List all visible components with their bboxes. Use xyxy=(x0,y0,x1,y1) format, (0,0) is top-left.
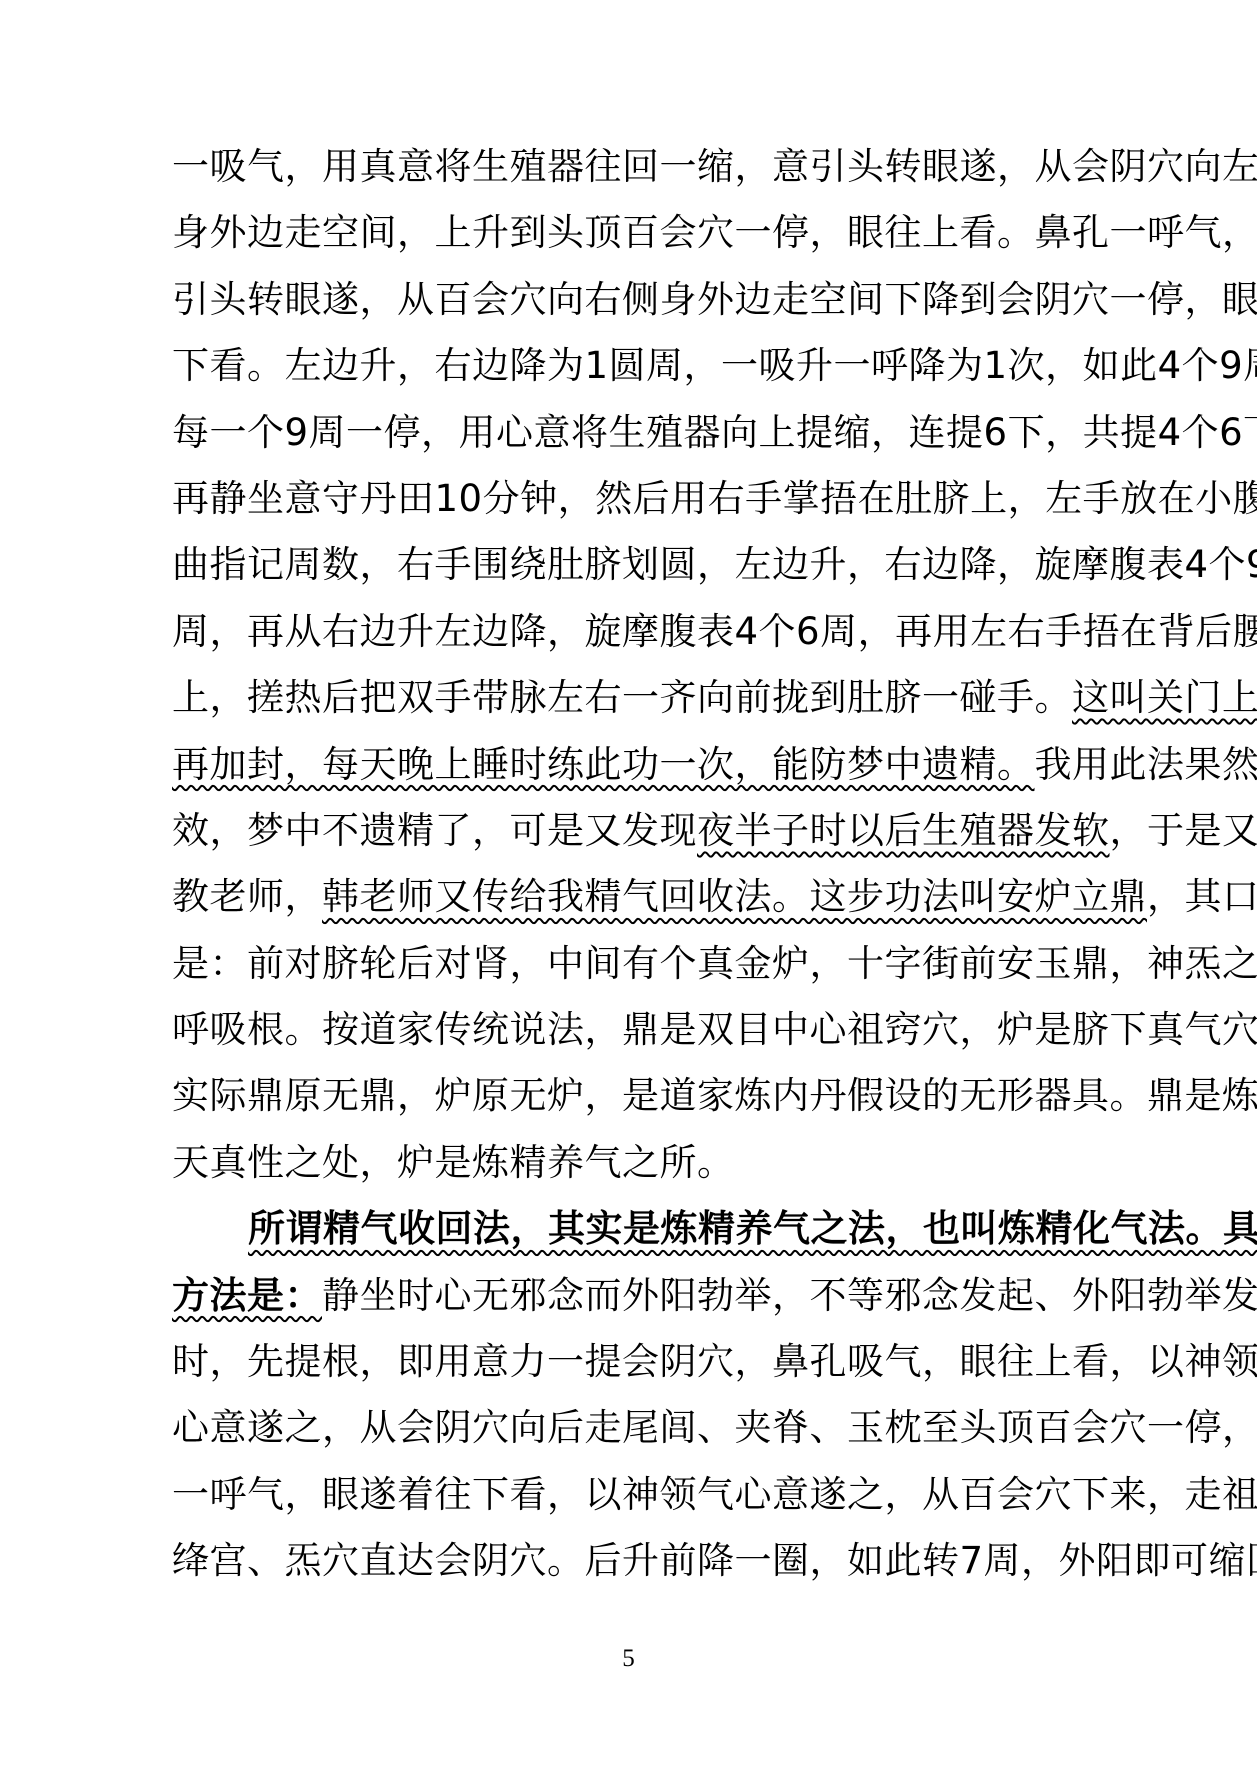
text-segment: 所谓精气收回法，其实是炼精养气之法，也叫炼精化气法。具体 xyxy=(248,1207,1257,1250)
text-segment: 夜半子时以后生殖器发软 xyxy=(697,809,1110,852)
text-segment: 教老师， xyxy=(172,875,322,918)
text-line: 身外边走空间，上升到头顶百会穴一停，眼往上看。鼻孔一呼气，意 xyxy=(172,200,1080,266)
text-line: 再加封，每天晚上睡时练此功一次，能防梦中遗精。我用此法果然有 xyxy=(172,732,1080,798)
text-line: 所谓精气收回法，其实是炼精养气之法，也叫炼精化气法。具体 xyxy=(172,1196,1080,1262)
text-segment: 引头转眼遂，从百会穴向右侧身外边走空间下降到会阴穴一停，眼往 xyxy=(172,278,1257,321)
text-line: 下看。左边升，右边降为1圆周，一吸升一呼降为1次，如此4个9周， xyxy=(172,333,1080,399)
text-line: 呼吸根。按道家传统说法，鼎是双目中心祖窍穴，炉是脐下真气穴， xyxy=(172,997,1080,1063)
text-line: 时，先提根，即用意力一提会阴穴，鼻孔吸气，眼往上看，以神领气， xyxy=(172,1329,1080,1395)
text-segment: 方法是： xyxy=(172,1274,322,1317)
text-segment: 心意遂之，从会阴穴向后走尾闾、夹脊、玉枕至头顶百会穴一停，再 xyxy=(172,1406,1257,1449)
text-segment: 周，再从右边升左边降，旋摩腹表4个6周，再用左右手捂在背后腰眼 xyxy=(172,610,1257,653)
text-segment: 时，先提根，即用意力一提会阴穴，鼻孔吸气，眼往上看，以神领气， xyxy=(172,1340,1257,1383)
text-segment: 曲指记周数，右手围绕肚脐划圆，左边升，右边降，旋摩腹表4个9 xyxy=(172,543,1257,586)
text-line: 是：前对脐轮后对肾，中间有个真金炉，十字街前安玉鼎，神炁之宅 xyxy=(172,931,1080,997)
text-line: 一吸气，用真意将生殖器往回一缩，意引头转眼遂，从会阴穴向左侧 xyxy=(172,134,1080,200)
text-segment: 实际鼎原无鼎，炉原无炉，是道家炼内丹假设的无形器具。鼎是炼先 xyxy=(172,1074,1257,1117)
text-segment: 天真性之处，炉是炼精养气之所。 xyxy=(172,1141,735,1184)
text-line: 一呼气，眼遂着往下看，以神领气心意遂之，从百会穴下来，走祖窍、 xyxy=(172,1462,1080,1528)
text-line: 每一个9周一停，用心意将生殖器向上提缩，连提6下，共提4个6下。 xyxy=(172,400,1080,466)
text-segment: 身外边走空间，上升到头顶百会穴一停，眼往上看。鼻孔一呼气，意 xyxy=(172,211,1257,254)
text-segment: ，于是又请 xyxy=(1110,809,1257,852)
text-line: 周，再从右边升左边降，旋摩腹表4个6周，再用左右手捂在背后腰眼 xyxy=(172,599,1080,665)
text-segment: 每一个9周一停，用心意将生殖器向上提缩，连提6下，共提4个6下。 xyxy=(172,411,1257,454)
text-segment: 再静坐意守丹田10分钟，然后用右手掌捂在肚脐上，左手放在小腹底 xyxy=(172,477,1257,520)
text-segment: 呼吸根。按道家传统说法，鼎是双目中心祖窍穴，炉是脐下真气穴， xyxy=(172,1008,1257,1051)
text-segment: 是：前对脐轮后对肾，中间有个真金炉，十字街前安玉鼎，神炁之宅 xyxy=(172,942,1257,985)
text-segment: 下看。左边升，右边降为1圆周，一吸升一呼降为1次，如此4个9周， xyxy=(172,344,1257,387)
text-line: 绛宫、炁穴直达会阴穴。后升前降一圈，如此转7周，外阳即可缩回， xyxy=(172,1528,1080,1594)
text-segment: 我用此法果然有 xyxy=(1035,743,1257,786)
body-text: 一吸气，用真意将生殖器往回一缩，意引头转眼遂，从会阴穴向左侧身外边走空间，上升到… xyxy=(172,134,1080,1595)
text-segment: 一吸气，用真意将生殖器往回一缩，意引头转眼遂，从会阴穴向左侧 xyxy=(172,145,1257,188)
text-segment: 一呼气，眼遂着往下看，以神领气心意遂之，从百会穴下来，走祖窍、 xyxy=(172,1473,1257,1516)
text-line: 引头转眼遂，从百会穴向右侧身外边走空间下降到会阴穴一停，眼往 xyxy=(172,267,1080,333)
text-line: 效，梦中不遗精了，可是又发现夜半子时以后生殖器发软，于是又请 xyxy=(172,798,1080,864)
text-line: 曲指记周数，右手围绕肚脐划圆，左边升，右边降，旋摩腹表4个9 xyxy=(172,532,1080,598)
text-line: 心意遂之，从会阴穴向后走尾闾、夹脊、玉枕至头顶百会穴一停，再 xyxy=(172,1395,1080,1461)
text-segment: ，其口诀 xyxy=(1147,875,1257,918)
text-line: 再静坐意守丹田10分钟，然后用右手掌捂在肚脐上，左手放在小腹底 xyxy=(172,466,1080,532)
document-page: 一吸气，用真意将生殖器往回一缩，意引头转眼遂，从会阴穴向左侧身外边走空间，上升到… xyxy=(0,0,1257,1781)
text-segment: 韩老师又传给我精气回收法。这步功法叫安炉立鼎 xyxy=(322,875,1147,918)
text-line: 方法是：静坐时心无邪念而外阳勃举，不等邪念发起、外阳勃举发软 xyxy=(172,1263,1080,1329)
text-line: 教老师，韩老师又传给我精气回收法。这步功法叫安炉立鼎，其口诀 xyxy=(172,864,1080,930)
page-number: 5 xyxy=(0,1645,1257,1673)
text-segment: 上，搓热后把双手带脉左右一齐向前拢到肚脐一碰手。 xyxy=(172,676,1072,719)
text-line: 上，搓热后把双手带脉左右一齐向前拢到肚脐一碰手。这叫关门上锁 xyxy=(172,665,1080,731)
text-segment: 绛宫、炁穴直达会阴穴。后升前降一圈，如此转7周，外阳即可缩回， xyxy=(172,1539,1257,1582)
text-segment: 静坐时心无邪念而外阳勃举，不等邪念发起、外阳勃举发软 xyxy=(322,1274,1257,1317)
text-segment: 效，梦中不遗精了，可是又发现 xyxy=(172,809,697,852)
text-segment: 这叫关门上锁 xyxy=(1072,676,1257,719)
text-line: 实际鼎原无鼎，炉原无炉，是道家炼内丹假设的无形器具。鼎是炼先 xyxy=(172,1063,1080,1129)
text-segment: 再加封，每天晚上睡时练此功一次，能防梦中遗精。 xyxy=(172,743,1035,786)
text-line: 天真性之处，炉是炼精养气之所。 xyxy=(172,1130,1080,1196)
